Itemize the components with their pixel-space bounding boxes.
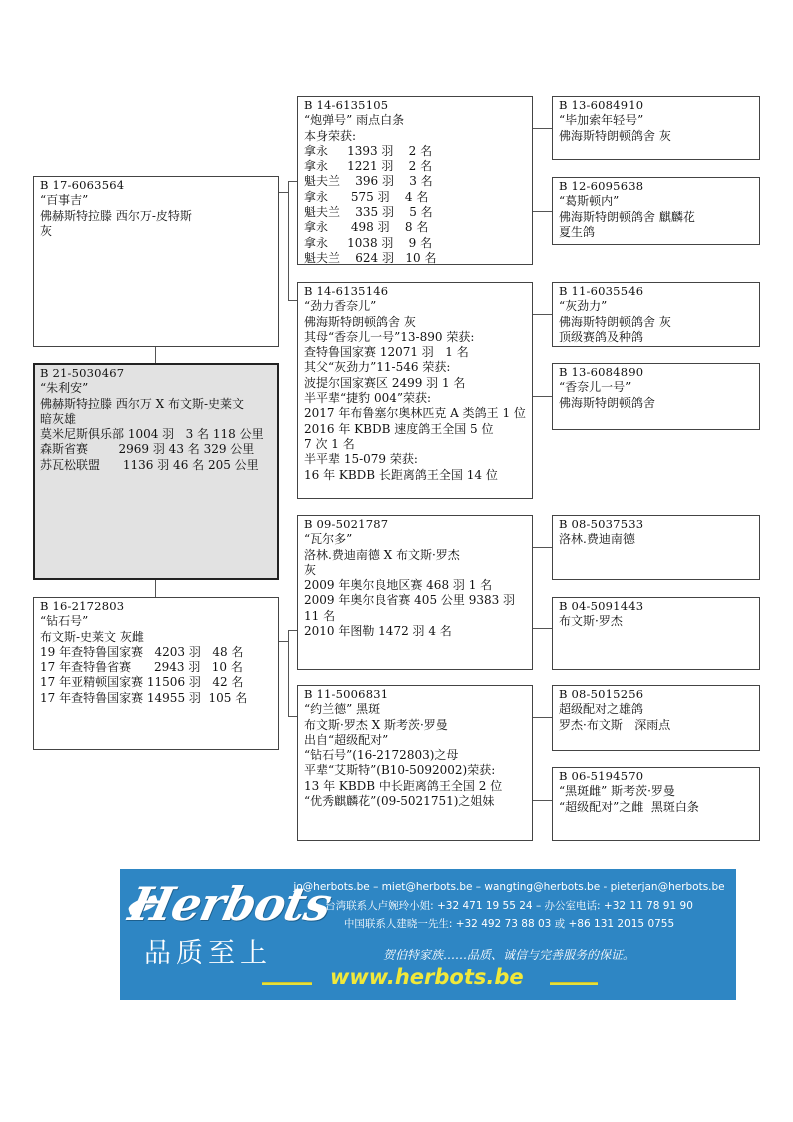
info-line: 洛林.费迪南德 X 布文斯·罗杰 <box>304 548 527 563</box>
info-line: 夏生鸽 <box>559 225 754 240</box>
ggp-card: B 08-5015256 超级配对之雄鸽 罗杰·布文斯 深雨点 <box>552 685 760 751</box>
connector <box>533 314 552 315</box>
info-line: 灰 <box>304 563 527 578</box>
connector <box>279 641 288 642</box>
ring-number: B 08-5037533 <box>559 517 754 532</box>
pigeon-name: “钻石号” <box>40 614 273 629</box>
result-line: 波提尔国家赛区 2499 羽 1 名 <box>304 376 527 391</box>
sire-card: B 17-6063564 “百事吉” 佛赫斯特拉滕 西尔万-皮特斯 灰 <box>33 176 279 347</box>
info-line: 佛海斯特朗顿鸽舍 灰 <box>559 129 754 144</box>
connector <box>533 628 552 629</box>
pigeon-name: “朱利安” <box>40 381 273 396</box>
info-line: 半平辈“捷豹 004”荣获: <box>304 391 527 406</box>
connector <box>288 716 297 717</box>
result-line: 莫米尼斯俱乐部 1004 羽 3 名 118 公里 <box>40 427 273 442</box>
result-line: 2009 年奥尔良省赛 405 公里 9383 羽 11 名 <box>304 593 527 624</box>
result-line: 19 年查特鲁国家赛 4203 羽 48 名 <box>40 645 273 660</box>
pigeon-name: “毕加索年轻号” <box>559 113 754 128</box>
info-line: 其父“灰劲力”11-546 荣获: <box>304 360 527 375</box>
connector <box>533 717 552 718</box>
info-line: “钻石号”(16-2172803)之母 <box>304 748 527 763</box>
info-line: 洛林.费迪南德 <box>559 532 754 547</box>
connector <box>533 128 552 129</box>
connector <box>155 580 156 597</box>
ring-number: B 14-6135105 <box>304 98 527 113</box>
result-line: 拿永 1221 羽 2 名 <box>304 159 527 174</box>
decorative-divider <box>550 982 598 985</box>
result-line: 拿永 1038 羽 9 名 <box>304 236 527 251</box>
ring-number: B 13-6084910 <box>559 98 754 113</box>
info-line: 罗杰·布文斯 深雨点 <box>559 718 754 733</box>
connector <box>288 630 289 716</box>
info-line: 佛海斯特朗顿鸽舍 <box>559 396 754 411</box>
result-line: 2010 年图勒 1472 羽 4 名 <box>304 624 527 639</box>
connector <box>288 300 297 301</box>
connector <box>279 192 288 193</box>
pigeon-name: “瓦尔多” <box>304 532 527 547</box>
pigeon-name: “炮弹号” 雨点白条 <box>304 113 527 128</box>
result-line: 魁夫兰 396 羽 3 名 <box>304 174 527 189</box>
tagline: 贺伯特家族……品质、诚信与完善服务的保证。 <box>282 946 736 963</box>
info-line: 顶级赛鸽及种鸽 <box>559 330 754 345</box>
ring-number: B 11-6035546 <box>559 284 754 299</box>
result-line: 魁夫兰 624 羽 10 名 <box>304 251 527 265</box>
ring-number: B 12-6095638 <box>559 179 754 194</box>
ring-number: B 08-5015256 <box>559 687 754 702</box>
result-line: 16 年 KBDB 长距离鸽王全国 14 位 <box>304 468 527 483</box>
info-line: 布文斯·罗杰 X 斯考茨·罗曼 <box>304 718 527 733</box>
result-line: 17 年查特鲁省赛 2943 羽 10 名 <box>40 660 273 675</box>
info-line: 其母“香奈儿一号”13-890 荣获: <box>304 330 527 345</box>
connector <box>288 181 297 182</box>
info-line: “超级配对”之雌 黑斑白条 <box>559 800 754 815</box>
info-line: 半平辈 15-079 荣获: <box>304 452 527 467</box>
info-line: “优秀麒麟花”(09-5021751)之姐妹 <box>304 794 527 809</box>
result-line: 拿永 498 羽 8 名 <box>304 220 527 235</box>
result-line: 17 年查特鲁国家赛 14955 羽 105 名 <box>40 691 273 706</box>
ring-number: B 16-2172803 <box>40 599 273 614</box>
ring-number: B 14-6135146 <box>304 284 527 299</box>
dam-dam-card: B 11-5006831 “约兰德” 黑斑 布文斯·罗杰 X 斯考茨·罗曼 出自… <box>297 685 533 841</box>
result-line: 17 年亚精顿国家赛 11506 羽 42 名 <box>40 675 273 690</box>
result-line: 魁夫兰 335 羽 5 名 <box>304 205 527 220</box>
connector <box>533 547 552 548</box>
website-link[interactable]: www.herbots.be <box>330 965 524 989</box>
info-line: 灰 <box>40 224 273 239</box>
ggp-card: B 08-5037533 洛林.费迪南德 <box>552 515 760 580</box>
ring-number: B 04-5091443 <box>559 599 754 614</box>
info-line: 佛赫斯特拉滕 西尔万-皮特斯 <box>40 209 273 224</box>
pigeon-name: “百事吉” <box>40 193 273 208</box>
info-line: 佛赫斯特拉滕 西尔万 X 布文斯-史莱文 <box>40 397 273 412</box>
subject-card: B 21-5030467 “朱利安” 佛赫斯特拉滕 西尔万 X 布文斯-史莱文 … <box>33 363 279 580</box>
pigeon-name: “灰劲力” <box>559 299 754 314</box>
info-line: 佛海斯特朗顿鸽舍 灰 <box>304 315 527 330</box>
china-contact: 中国联系人建晓一先生: +32 492 73 88 03 或 +86 131 2… <box>282 916 736 933</box>
sire-sire-card: B 14-6135105 “炮弹号” 雨点白条 本身荣获: 拿永 1393 羽 … <box>297 96 533 265</box>
ring-number: B 17-6063564 <box>40 178 273 193</box>
decorative-divider <box>262 982 312 985</box>
result-line: 拿永 1393 羽 2 名 <box>304 144 527 159</box>
info-line: 暗灰雄 <box>40 412 273 427</box>
result-line: 拿永 575 羽 4 名 <box>304 190 527 205</box>
ring-number: B 11-5006831 <box>304 687 527 702</box>
ring-number: B 21-5030467 <box>40 366 273 381</box>
contact-emails[interactable]: jo@herbots.be – miet@herbots.be – wangti… <box>282 879 736 896</box>
connector <box>288 630 297 631</box>
pigeon-name: “黑斑雌” 斯考茨·罗曼 <box>559 784 754 799</box>
pigeon-name: “葛斯顿内” <box>559 194 754 209</box>
ggp-card: B 12-6095638 “葛斯顿内” 佛海斯特朗顿鸽舍 麒麟花 夏生鸽 <box>552 177 760 245</box>
connector <box>533 211 552 212</box>
ring-number: B 06-5194570 <box>559 769 754 784</box>
ggp-card: B 06-5194570 “黑斑雌” 斯考茨·罗曼 “超级配对”之雌 黑斑白条 <box>552 767 760 841</box>
info-line: 超级配对之雄鸽 <box>559 702 754 717</box>
ring-number: B 13-6084890 <box>559 365 754 380</box>
ggp-card: B 13-6084910 “毕加索年轻号” 佛海斯特朗顿鸽舍 灰 <box>552 96 760 160</box>
herbots-banner: Herbots 品质至上 jo@herbots.be – miet@herbot… <box>120 869 736 1000</box>
result-line: 7 次 1 名 <box>304 437 527 452</box>
dam-card: B 16-2172803 “钻石号” 布文斯-史莱文 灰雌 19 年查特鲁国家赛… <box>33 597 279 750</box>
info-line: 出自“超级配对” <box>304 733 527 748</box>
info-line: 佛海斯特朗顿鸽舍 灰 <box>559 315 754 330</box>
connector <box>533 800 552 801</box>
sire-dam-card: B 14-6135146 “劲力香奈儿” 佛海斯特朗顿鸽舍 灰 其母“香奈儿一号… <box>297 282 533 499</box>
info-line: 佛海斯特朗顿鸽舍 麒麟花 <box>559 210 754 225</box>
ggp-card: B 11-6035546 “灰劲力” 佛海斯特朗顿鸽舍 灰 顶级赛鸽及种鸽 <box>552 282 760 347</box>
info-line: 布文斯-史莱文 灰雌 <box>40 630 273 645</box>
info-line: 本身荣获: <box>304 129 527 144</box>
pigeon-name: “香奈儿一号” <box>559 380 754 395</box>
ggp-card: B 13-6084890 “香奈儿一号” 佛海斯特朗顿鸽舍 <box>552 363 760 430</box>
brand-slogan: 品质至上 <box>144 931 272 970</box>
result-line: 苏瓦松联盟 1136 羽 46 名 205 公里 <box>40 458 273 473</box>
connector <box>288 181 289 300</box>
taiwan-contact: 台湾联系人卢婉玲小姐: +32 471 19 55 24 – 办公室电话: +3… <box>282 898 736 915</box>
connector <box>533 396 552 397</box>
result-line: 2009 年奥尔良地区赛 468 羽 1 名 <box>304 578 527 593</box>
result-line: 森斯省赛 2969 羽 43 名 329 公里 <box>40 442 273 457</box>
result-line: 2016 年 KBDB 速度鸽王全国 5 位 <box>304 422 527 437</box>
result-line: 2017 年布鲁塞尔奥林匹克 A 类鸽王 1 位 <box>304 406 527 421</box>
dam-sire-card: B 09-5021787 “瓦尔多” 洛林.费迪南德 X 布文斯·罗杰 灰 20… <box>297 515 533 670</box>
info-line: 平辈“艾斯特”(B10-5092002)荣获: <box>304 763 527 778</box>
ring-number: B 09-5021787 <box>304 517 527 532</box>
info-line: 布文斯·罗杰 <box>559 614 754 629</box>
result-line: 查特鲁国家赛 12071 羽 1 名 <box>304 345 527 360</box>
result-line: 13 年 KBDB 中长距离鸽王全国 2 位 <box>304 779 527 794</box>
pigeon-name: “劲力香奈儿” <box>304 299 527 314</box>
ggp-card: B 04-5091443 布文斯·罗杰 <box>552 597 760 670</box>
connector <box>155 347 156 363</box>
pigeon-name: “约兰德” 黑斑 <box>304 702 527 717</box>
